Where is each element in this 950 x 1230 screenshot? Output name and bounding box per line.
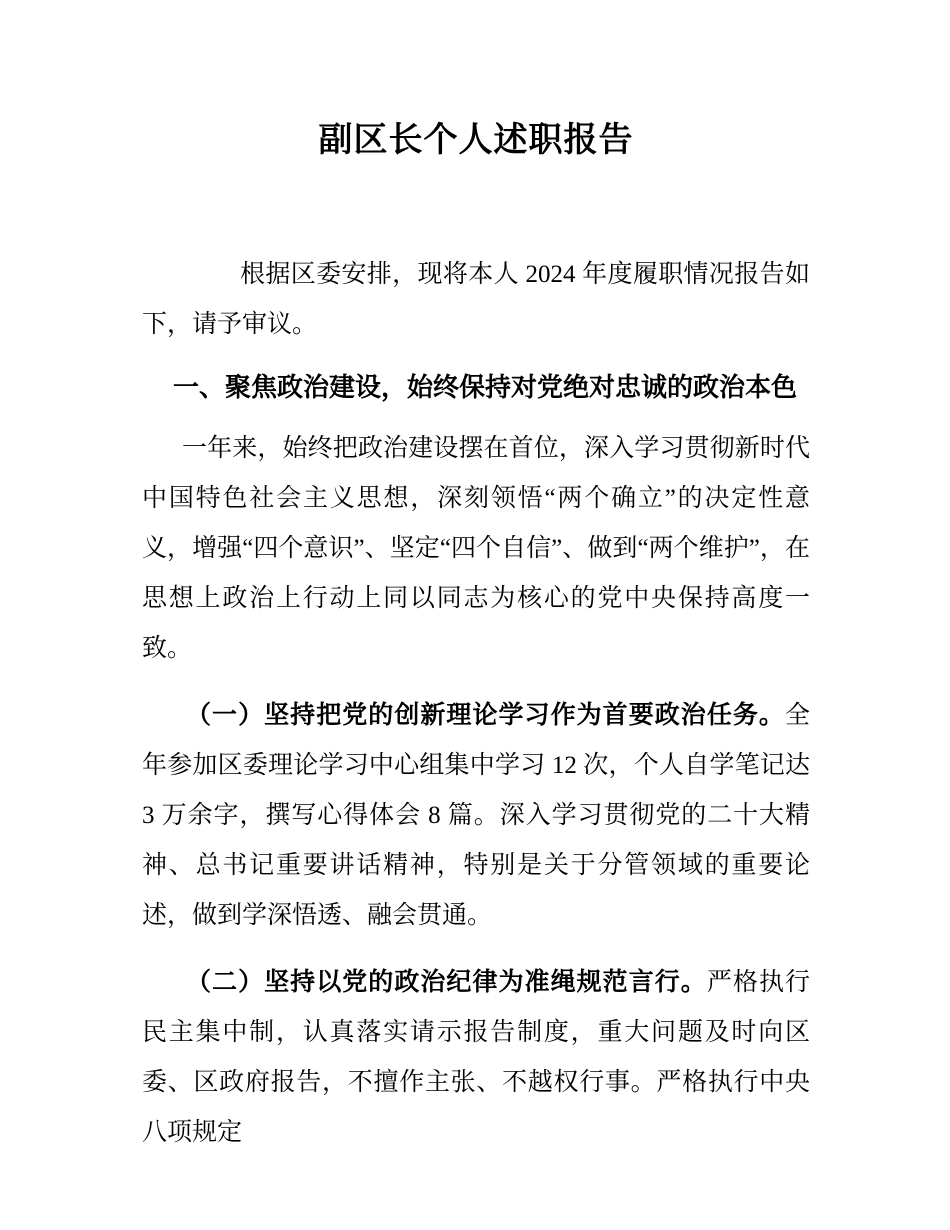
subsection-1-lead: （一）坚持把党的创新理论学习作为首要政治任务。 [186, 701, 785, 729]
document-title: 副区长个人述职报告 [142, 115, 810, 165]
section-1-heading: 一、聚焦政治建设，始终保持对党绝对忠诚的政治本色 [142, 362, 810, 412]
document-page: 副区长个人述职报告 根据区委安排，现将本人 2024 年度履职情况报告如下，请予… [0, 0, 950, 1230]
section-1-paragraph-1: 一年来，始终把政治建设摆在首位，深入学习贯彻新时代中国特色社会主义思想，深刻领悟… [142, 424, 810, 674]
section-1-paragraph-3: （二）坚持以党的政治纪律为准绳规范言行。严格执行民主集中制，认真落实请示报告制度… [142, 957, 810, 1158]
subsection-2-lead: （二）坚持以党的政治纪律为准绳规范言行。 [186, 968, 707, 996]
section-1-paragraph-2: （一）坚持把党的创新理论学习作为首要政治任务。全年参加区委理论学习中心组集中学习… [142, 690, 810, 941]
subsection-1-text: 全年参加区委理论学习中心组集中学习 12 次，个人自学笔记达 3 万余字，撰写心… [142, 702, 810, 929]
intro-paragraph: 根据区委安排，现将本人 2024 年度履职情况报告如下，请予审议。 [142, 250, 810, 350]
